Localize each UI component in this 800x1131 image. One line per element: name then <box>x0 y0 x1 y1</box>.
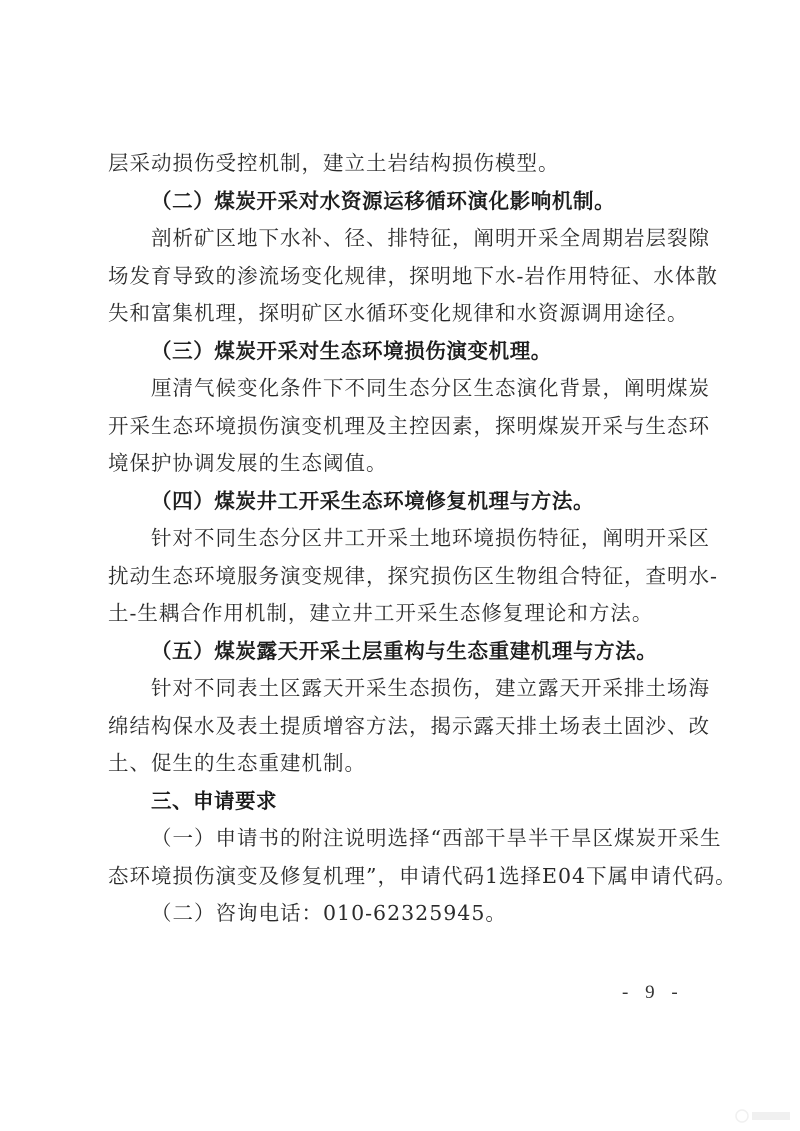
subsection-heading-4: （四）煤炭井工开采生态环境修复机理与方法。 <box>108 483 690 521</box>
section-heading-application-requirements: 三、申请要求 <box>108 783 690 821</box>
paragraph-line: 境保护协调发展的生态阈值。 <box>108 445 690 483</box>
paragraph-line: 扰动生态环境服务演变规律，探究损伤区生物组合特征，查明水- <box>108 558 690 596</box>
subsection-heading-2: （二）煤炭开采对水资源运移循环演化影响机制。 <box>108 183 690 221</box>
paragraph-line: 态环境损伤演变及修复机理”，申请代码1选择E04下属申请代码。 <box>108 858 690 896</box>
document-page: 层采动损伤受控机制，建立土岩结构损伤模型。 （二）煤炭开采对水资源运移循环演化影… <box>0 0 800 1131</box>
document-body: 层采动损伤受控机制，建立土岩结构损伤模型。 （二）煤炭开采对水资源运移循环演化影… <box>108 145 690 933</box>
paragraph-line: 失和富集机理，探明矿区水循环变化规律和水资源调用途径。 <box>108 295 690 333</box>
paragraph-line: 开采生态环境损伤演变机理及主控因素，探明煤炭开采与生态环 <box>108 408 690 446</box>
paragraph-line: 场发育导致的渗流场变化规律，探明地下水-岩作用特征、水体散 <box>108 258 690 296</box>
subsection-heading-5: （五）煤炭露天开采土层重构与生态重建机理与方法。 <box>108 633 690 671</box>
paragraph-line: 层采动损伤受控机制，建立土岩结构损伤模型。 <box>108 145 690 183</box>
paragraph-line: 针对不同生态分区井工开采土地环境损伤特征，阐明开采区 <box>108 520 690 558</box>
watermark-logo-icon <box>734 1107 792 1125</box>
paragraph-line: 土、促生的生态重建机制。 <box>108 745 690 783</box>
paragraph-line: （一）申请书的附注说明选择“西部干旱半干旱区煤炭开采生 <box>108 820 690 858</box>
paragraph-line: 厘清气候变化条件下不同生态分区生态演化背景，阐明煤炭 <box>108 370 690 408</box>
page-number: - 9 - <box>622 982 684 1004</box>
paragraph-line: 土-生耦合作用机制，建立井工开采生态修复理论和方法。 <box>108 595 690 633</box>
paragraph-line: 绵结构保水及表土提质增容方法，揭示露天排土场表土固沙、改 <box>108 708 690 746</box>
paragraph-line: 针对不同表土区露天开采生态损伤，建立露天开采排土场海 <box>108 670 690 708</box>
contact-phone-line: （二）咨询电话：010-62325945。 <box>108 895 690 933</box>
subsection-heading-3: （三）煤炭开采对生态环境损伤演变机理。 <box>108 333 690 371</box>
paragraph-line: 剖析矿区地下水补、径、排特征，阐明开采全周期岩层裂隙 <box>108 220 690 258</box>
